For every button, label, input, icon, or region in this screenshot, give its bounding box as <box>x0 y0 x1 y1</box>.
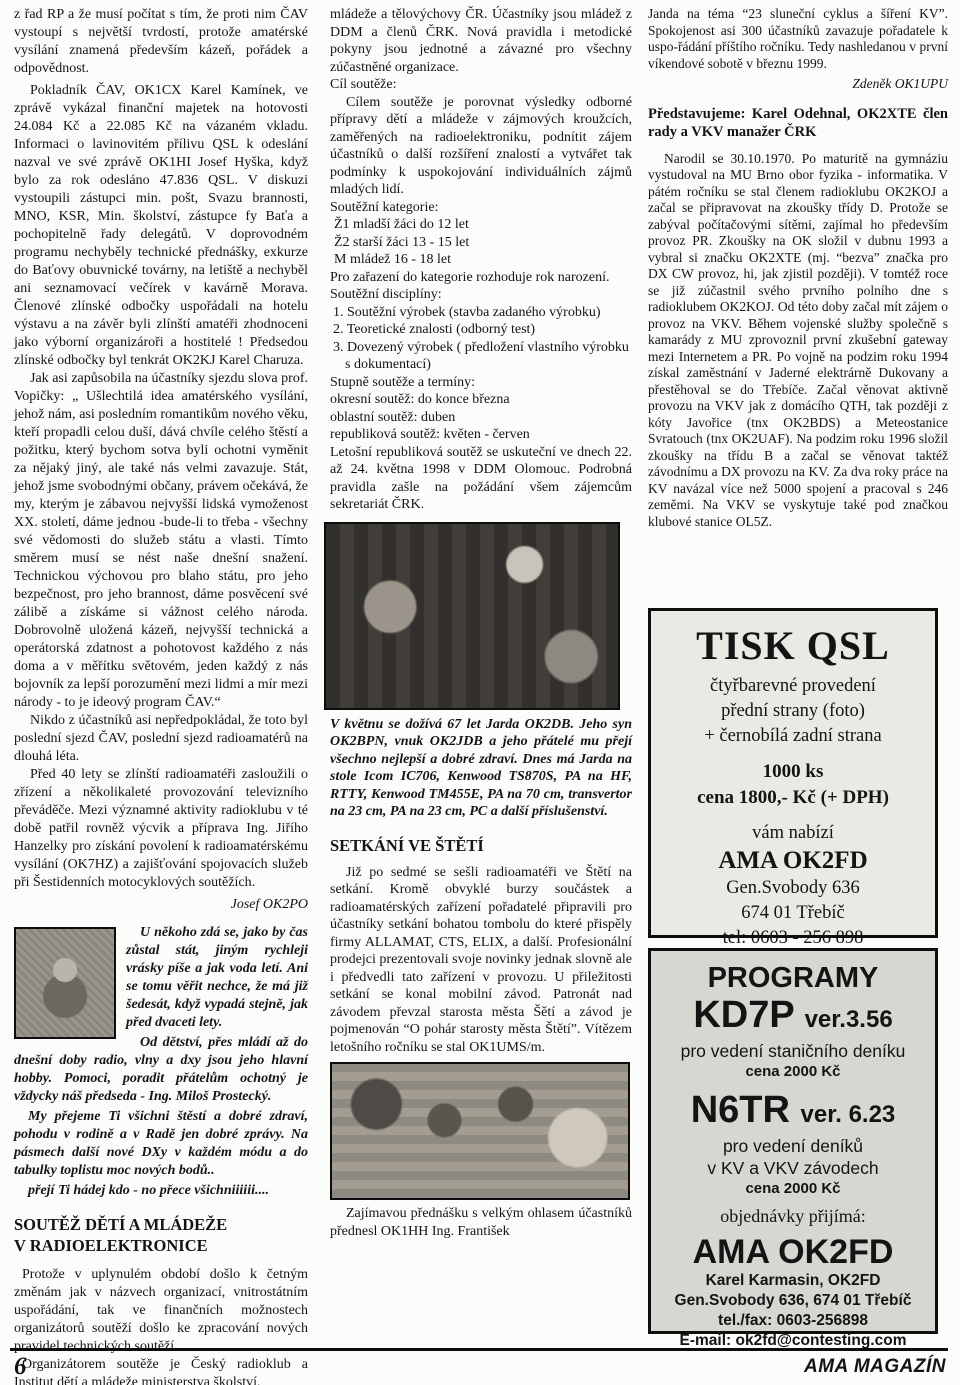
paragraph: Nikdo z účastníků asi nepředpokládal, že… <box>14 712 308 766</box>
ad-title: TISK QSL <box>651 623 935 669</box>
section-heading-predstavujeme: Představujeme: Karel Odehnal, OK2XTE čle… <box>648 105 948 141</box>
discipline-item: 1. Soutěžní výrobek (stavba zadaného výr… <box>330 304 632 322</box>
heading-line: SOUTĚŽ DĚTÍ A MLÁDEŽE <box>14 1215 227 1234</box>
ad-brand: AMA OK2FD <box>651 1233 935 1271</box>
tribute-paragraph: Od dětství, přes mládí až do dnešní doby… <box>14 1034 308 1106</box>
discipline-item: 2. Teoretické znalosti (odborný test) <box>330 321 632 339</box>
paragraph: Organizátorem soutěže je Český radioklub… <box>14 1356 308 1385</box>
photo-caption: V květnu se dožívá 67 let Jarda OK2DB. J… <box>330 716 632 821</box>
tribute-paragraph: přejí Ti hádej kdo - no přece všichniiii… <box>14 1182 308 1200</box>
ad-price: cena 2000 Kč <box>651 1062 935 1082</box>
paragraph: Již po sedmé se sešli radioamatéři ve Št… <box>330 864 632 1057</box>
author-signature: Zdeněk OK1UPU <box>648 76 948 93</box>
author-signature: Josef OK2PO <box>14 896 308 914</box>
stage-item: republiková soutěž: květen - červen <box>330 426 632 444</box>
category-item: Ž2 starší žáci 13 - 15 let <box>330 234 632 252</box>
meeting-photo-steti <box>330 1062 630 1200</box>
section-heading-soutez: SOUTĚŽ DĚTÍ A MLÁDEŽE V RADIOELEKTRONICE <box>14 1214 308 1256</box>
label-soutezni-discipliny: Soutěžní disciplíny: <box>330 286 632 304</box>
stage-item: okresní soutěž: do konce března <box>330 391 632 409</box>
ad-text: čtyřbarevné provedení <box>651 674 935 699</box>
ad-text: pro vedení deníků <box>651 1135 935 1157</box>
ad-text: pro vedení staničního deníku <box>651 1040 935 1062</box>
column-right: Janda na téma “23 sluneční cyklus a šíře… <box>648 6 948 530</box>
paragraph: Janda na téma “23 sluneční cyklus a šíře… <box>648 6 948 72</box>
paragraph: Pro zařazení do kategorie rozhoduje rok … <box>330 269 632 287</box>
label-soutezni-kategorie: Soutěžní kategorie: <box>330 199 632 217</box>
ad-program-name: N6TR ver. 6.23 <box>651 1090 935 1135</box>
program-name: KD7P <box>693 994 794 1036</box>
ad-text: vám nabízí <box>651 821 935 846</box>
program-version: ver. 6.23 <box>801 1101 896 1128</box>
paragraph: Před 40 lety se zlínští radioamatéři zas… <box>14 766 308 892</box>
ad-tisk-qsl: TISK QSL čtyřbarevné provedení přední st… <box>648 608 938 938</box>
ad-price: cena 2000 Kč <box>651 1179 935 1199</box>
paragraph: z řad RP a že musí počítat s tím, že pro… <box>14 6 308 78</box>
category-item: M mládež 16 - 18 let <box>330 251 632 269</box>
column-middle: mládeže a tělovýchovy ČR. Účastníky jsou… <box>330 6 632 1240</box>
paragraph: Jak asi zapůsobila na účastníky sjezdu s… <box>14 370 308 712</box>
page-number: 6 <box>14 1353 27 1381</box>
section-heading-setkani: SETKÁNÍ VE ŠTĚTÍ <box>330 835 632 856</box>
ad-contact: Karel Karmasin, OK2FD <box>651 1271 935 1291</box>
ad-title: PROGRAMY <box>651 961 935 995</box>
ad-quantity: 1000 ks <box>651 759 935 785</box>
category-item: Ž1 mladší žáci do 12 let <box>330 216 632 234</box>
tribute-paragraph: My přejeme Ti všichni štěstí a dobré zdr… <box>14 1108 308 1180</box>
paragraph: Cílem soutěže je porovnat výsledky odbor… <box>330 94 632 199</box>
ad-contact: tel./fax: 0603-256898 <box>651 1311 935 1331</box>
ad-program-name: KD7P ver.3.56 <box>651 995 935 1040</box>
portrait-photo-milos-prostecky <box>14 927 116 1039</box>
paragraph: Protože v uplynulém období došlo k četný… <box>14 1266 308 1356</box>
paragraph: Letošní republiková soutěž se uskuteční … <box>330 444 632 514</box>
ad-text: přední strany (foto) <box>651 699 935 724</box>
ad-address: Gen.Svobody 636 <box>651 876 935 901</box>
ad-price: cena 1800,- Kč (+ DPH) <box>651 785 935 811</box>
ad-brand: AMA OK2FD <box>651 846 935 876</box>
magazine-title: AMA MAGAZÍN <box>804 1356 946 1378</box>
paragraph: Narodil se 30.10.1970. Po maturitě na gy… <box>648 151 948 531</box>
paragraph: Zajímavou přednášku s velkým ohlasem úča… <box>330 1205 632 1240</box>
heading-line: V RADIOELEKTRONICE <box>14 1236 208 1255</box>
label-stupne-souteze: Stupně soutěže a termíny: <box>330 374 632 392</box>
program-name: N6TR <box>691 1089 790 1131</box>
paragraph: mládeže a tělovýchovy ČR. Účastníky jsou… <box>330 6 632 76</box>
ad-programy: PROGRAMY KD7P ver.3.56 pro vedení stanič… <box>648 948 938 1334</box>
station-photo-jarda-ok2db <box>324 522 620 710</box>
column-left: z řad RP a že musí počítat s tím, že pro… <box>14 6 308 1385</box>
program-version: ver.3.56 <box>805 1006 893 1033</box>
discipline-item: 3. Dovezený výrobek ( předložení vlastní… <box>330 339 632 374</box>
ad-text: v KV a VKV závodech <box>651 1157 935 1179</box>
footer-rule <box>10 1348 948 1351</box>
ad-text: + černobílá zadní strana <box>651 724 935 749</box>
ad-contact: Gen.Svobody 636, 674 01 Třebíč <box>651 1291 935 1311</box>
stage-item: oblastní soutěž: duben <box>330 409 632 427</box>
paragraph: Pokladník ČAV, OK1CX Karel Kamínek, ve z… <box>14 82 308 370</box>
ad-text: objednávky přijímá: <box>651 1204 935 1228</box>
ad-address: 674 01 Třebíč <box>651 901 935 926</box>
label-cil-souteze: Cíl soutěže: <box>330 76 632 94</box>
tribute-section: U někoho zdá se, jako by čas zůstal stát… <box>14 924 308 1200</box>
